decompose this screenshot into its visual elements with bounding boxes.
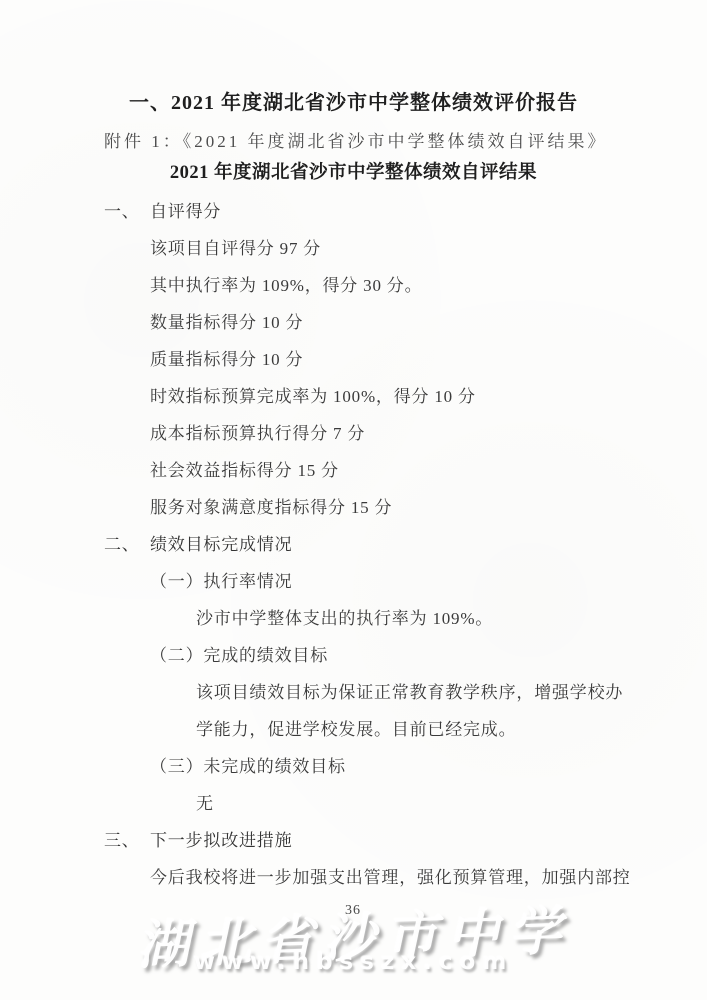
report-title: 一、2021 年度湖北省沙市中学整体绩效评价报告 (0, 90, 707, 116)
doc-line: 该项目绩效目标为保证正常教育教学秩序，增强学校办 (0, 672, 707, 709)
doc-line: 今后我校将进一步加强支出管理，强化预算管理，加强内部控 (0, 857, 707, 894)
doc-line: 服务对象满意度指标得分 15 分 (0, 487, 707, 524)
document-page: 一、2021 年度湖北省沙市中学整体绩效评价报告 附件 1：《2021 年度湖北… (0, 0, 707, 1000)
doc-line: （一）执行率情况 (0, 561, 707, 598)
doc-line: 成本指标预算执行得分 7 分 (0, 413, 707, 450)
doc-line: 无 (0, 783, 707, 820)
doc-line: 该项目自评得分 97 分 (0, 228, 707, 265)
doc-line: （二）完成的绩效目标 (0, 635, 707, 672)
section-title: 绩效目标完成情况 (150, 530, 292, 555)
self-eval-title: 2021 年度湖北省沙市中学整体绩效自评结果 (0, 161, 707, 186)
page-number: 36 (330, 903, 376, 919)
doc-line: 质量指标得分 10 分 (0, 339, 707, 376)
section-heading-3: 三、 下一步拟改进措施 (0, 820, 707, 857)
doc-line: 其中执行率为 109%，得分 30 分。 (0, 265, 707, 302)
section-number: 一、 (104, 197, 150, 222)
section-title: 自评得分 (150, 197, 221, 222)
section-heading-2: 二、 绩效目标完成情况 (0, 524, 707, 561)
section-number: 三、 (104, 826, 150, 851)
doc-line: 沙市中学整体支出的执行率为 109%。 (0, 598, 707, 635)
school-watermark-url: www.hbsszx.com (194, 949, 514, 975)
attachment-note: 附件 1：《2021 年度湖北省沙市中学整体绩效自评结果》 (104, 130, 608, 154)
section-title: 下一步拟改进措施 (150, 826, 292, 851)
school-watermark-text: 湖北省沙市中学 (135, 888, 571, 978)
doc-line: 时效指标预算完成率为 100%，得分 10 分 (0, 376, 707, 413)
section-number: 二、 (104, 530, 150, 555)
document-body: 一、 自评得分 该项目自评得分 97 分 其中执行率为 109%，得分 30 分… (0, 191, 707, 894)
doc-line: 社会效益指标得分 15 分 (0, 450, 707, 487)
doc-line: 数量指标得分 10 分 (0, 302, 707, 339)
doc-line: （三）未完成的绩效目标 (0, 746, 707, 783)
section-heading-1: 一、 自评得分 (0, 191, 707, 228)
doc-line: 学能力，促进学校发展。目前已经完成。 (0, 709, 707, 746)
